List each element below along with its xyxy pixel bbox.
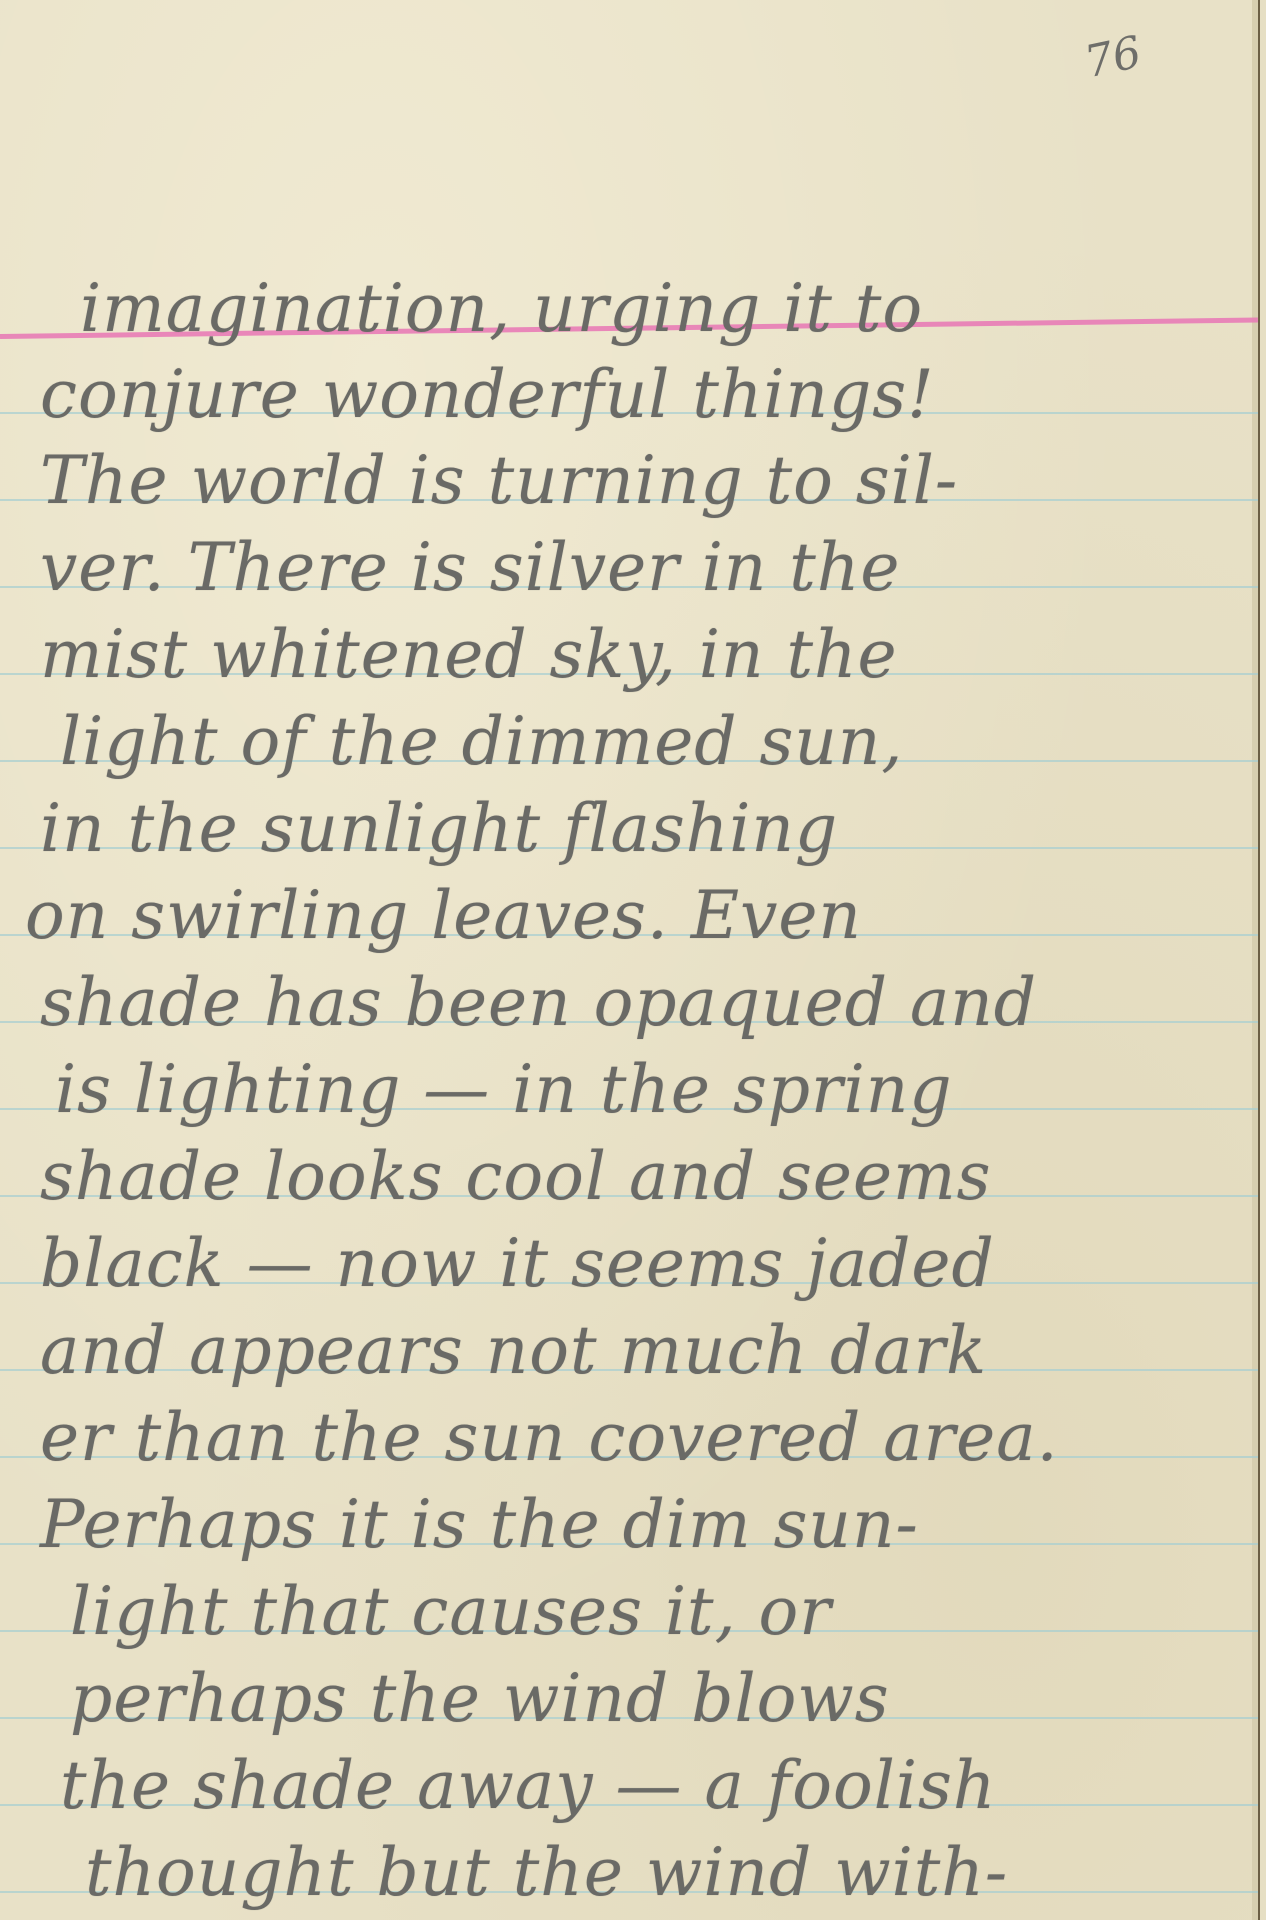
page-number: 76 — [1080, 27, 1145, 89]
handwritten-line: er than the sun covered area. — [40, 1405, 1255, 1471]
handwritten-line: on swirling leaves. Even — [25, 883, 1240, 949]
handwritten-line: light that causes it, or — [70, 1579, 1266, 1645]
notebook-page: 76 imagination, urging it to conjure won… — [0, 0, 1260, 1920]
handwritten-line: black — now it seems jaded — [40, 1231, 1255, 1297]
handwritten-line: ver. There is silver in the — [40, 535, 1255, 601]
handwritten-line: shade looks cool and seems — [40, 1144, 1255, 1210]
handwritten-line: The world is turning to sil- — [40, 448, 1255, 514]
handwritten-line: in the sunlight flashing — [40, 796, 1255, 862]
handwritten-line: Perhaps it is the dim sun- — [40, 1492, 1255, 1558]
handwritten-line: thought but the wind with- — [85, 1840, 1266, 1906]
handwritten-line: the shade away — a foolish — [60, 1753, 1266, 1819]
handwritten-line: mist whitened sky, in the — [40, 622, 1255, 688]
handwritten-line: is lighting — in the spring — [55, 1057, 1266, 1123]
handwritten-line: light of the dimmed sun, — [60, 709, 1266, 775]
handwritten-line: conjure wonderful things! — [40, 362, 1255, 428]
handwritten-line: perhaps the wind blows — [70, 1666, 1266, 1732]
handwritten-line: shade has been opaqued and — [40, 970, 1255, 1036]
handwritten-line: and appears not much dark — [40, 1318, 1255, 1384]
handwritten-line: imagination, urging it to — [80, 276, 1266, 342]
